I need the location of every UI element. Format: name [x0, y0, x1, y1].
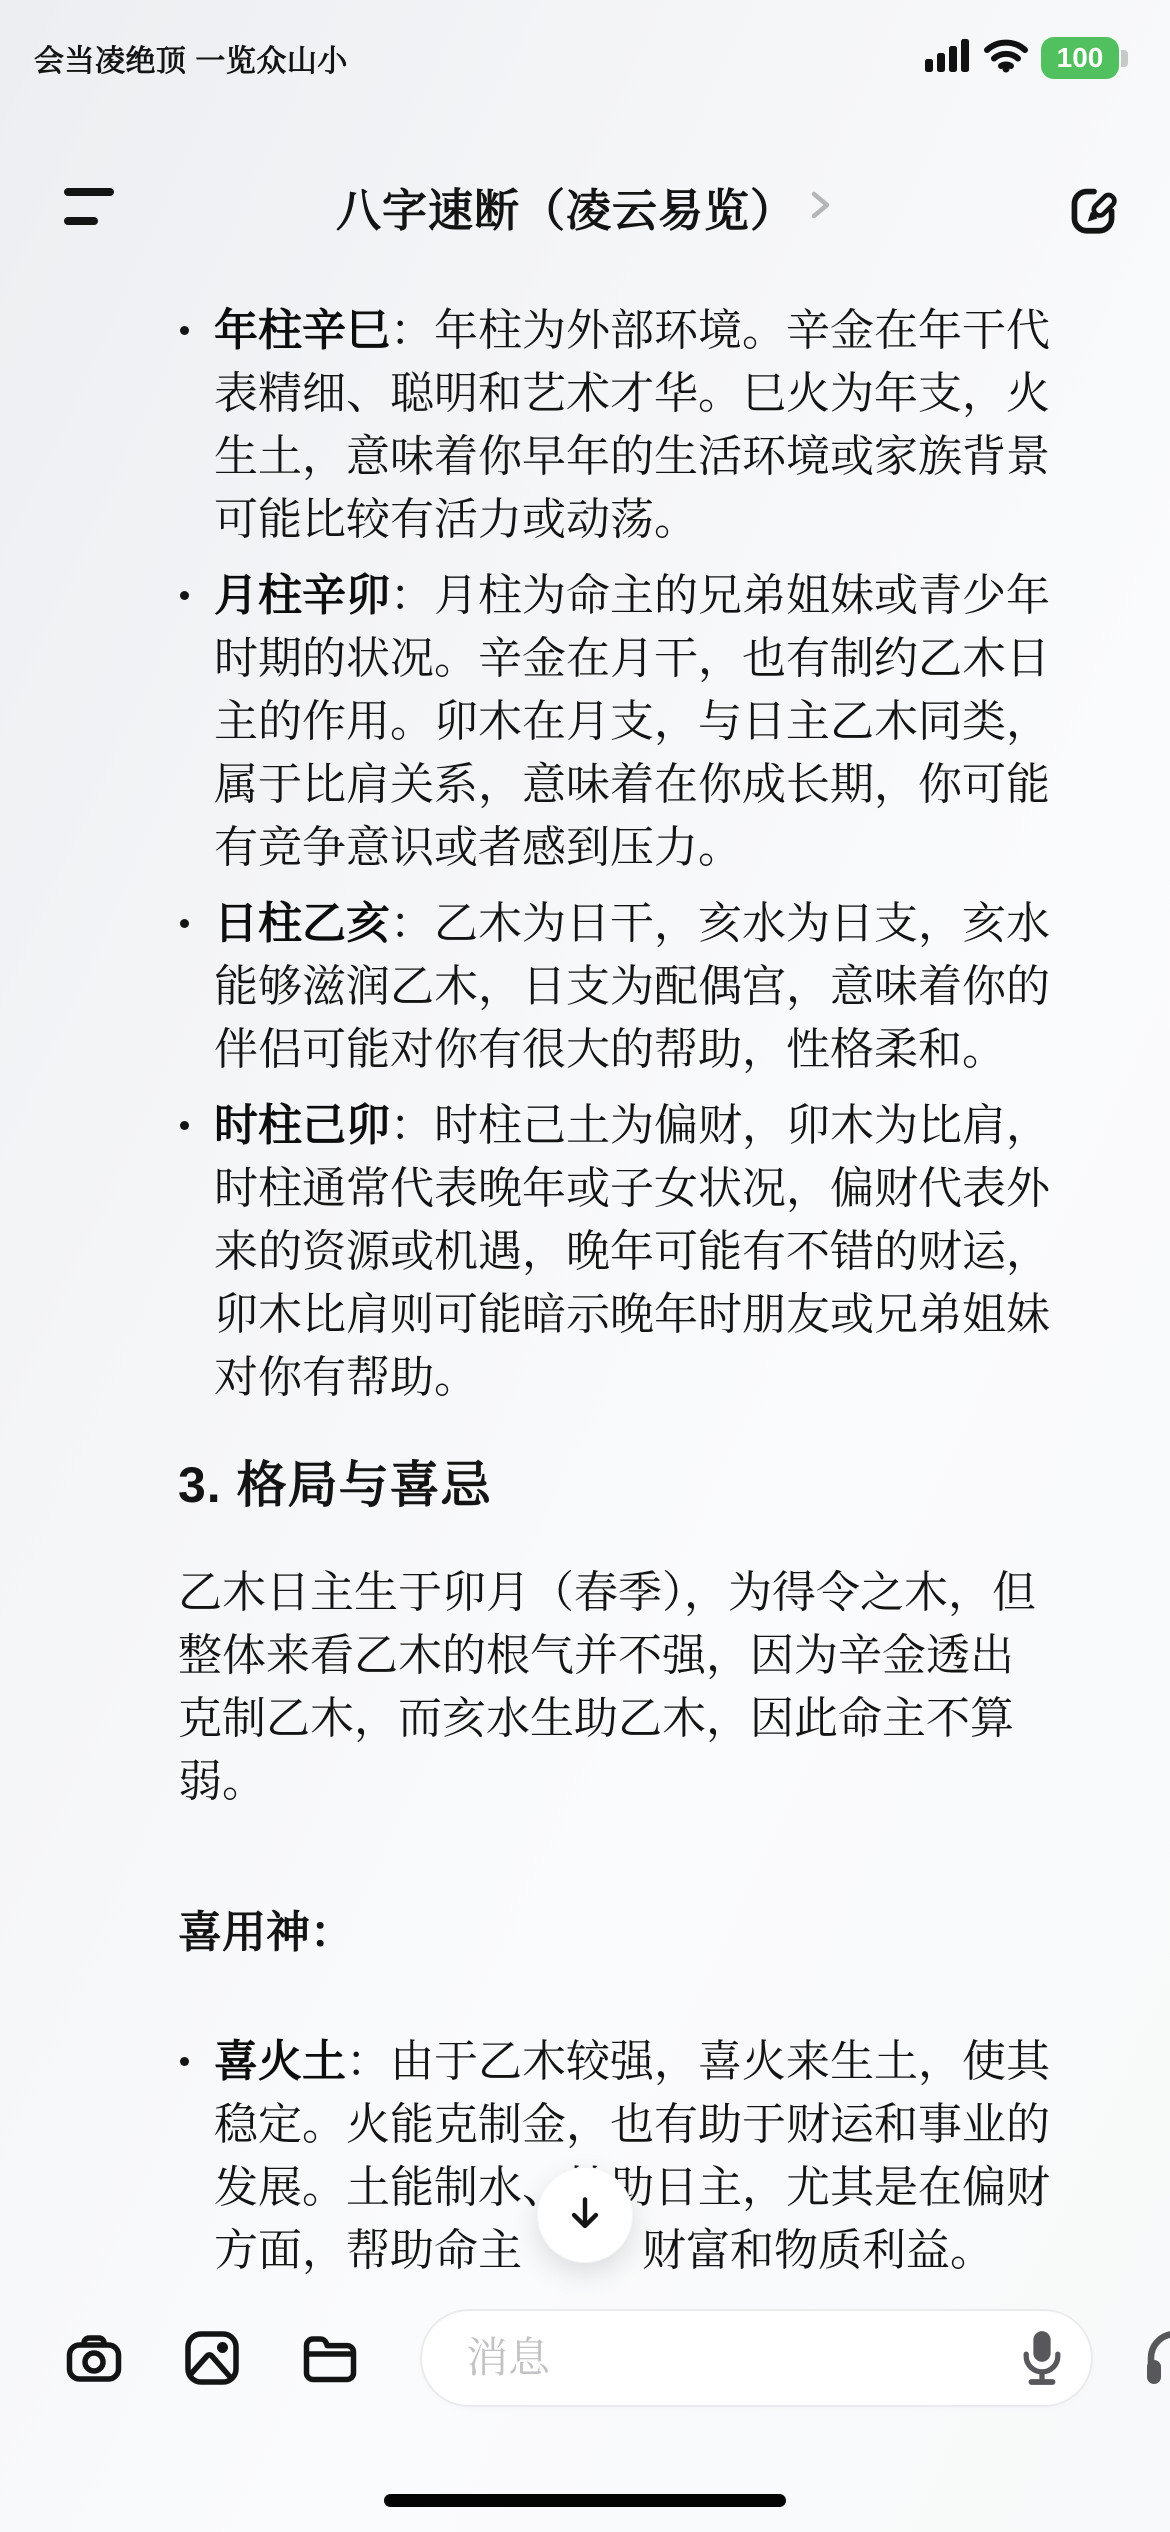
microphone-icon — [1019, 2377, 1065, 2392]
chat-title-button[interactable]: 八字速断（凌云易览） — [336, 174, 834, 239]
wifi-icon — [983, 39, 1029, 78]
arrow-down-icon — [560, 2189, 610, 2242]
chevron-right-icon — [808, 186, 834, 227]
bullet-dot — [180, 2057, 189, 2066]
voice-call-button[interactable] — [1143, 2329, 1170, 2387]
cellular-signal-icon — [925, 39, 971, 77]
new-chat-compose-icon — [1060, 227, 1126, 242]
list-item: 年柱辛巳：年柱为外部环境。辛金在年干代表精细、聪明和艺术才华。巳火为年支，火生土… — [214, 299, 1050, 551]
carrier-text: 会当凌绝顶 一览众山小 — [34, 36, 348, 80]
list-item: 日柱乙亥：乙木为日干，亥水为日支，亥水能够滋润乙木，日支为配偶宫，意味着你的伴侣… — [214, 892, 1050, 1081]
chat-title: 八字速断（凌云易览） — [336, 174, 796, 239]
home-indicator[interactable] — [384, 2494, 786, 2507]
bullet-label: 年柱辛巳 — [214, 306, 390, 355]
folder-icon — [302, 2371, 358, 2386]
folder-button[interactable] — [302, 2333, 358, 2383]
message-input[interactable] — [466, 2334, 1007, 2382]
battery-nub — [1121, 50, 1128, 67]
menu-bar-top — [64, 188, 114, 196]
menu-bar-bottom — [64, 217, 98, 225]
photos-icon — [184, 2374, 240, 2389]
bullet-text: 财富和物质利益。 — [642, 2226, 994, 2275]
assistant-message: 年柱辛巳：年柱为外部环境。辛金在年干代表精细、聪明和艺术才华。巳火为年支，火生土… — [178, 286, 1050, 2282]
scroll-to-bottom-button[interactable] — [537, 2167, 633, 2263]
message-input-field[interactable] — [420, 2309, 1093, 2407]
bullet-dot — [180, 919, 189, 928]
sidebar-menu-button[interactable] — [64, 176, 124, 236]
bullet-label: 时柱己卯 — [214, 1101, 390, 1150]
section-heading: 3. 格局与喜忌 — [178, 1455, 1050, 1515]
analysis-paragraph: 乙木日主生于卯月（春季），为得令之木，但整体来看乙木的根气并不强，因为辛金透出克… — [178, 1561, 1050, 1813]
bullet-dot — [180, 591, 189, 600]
subheading: 喜用神： — [178, 1901, 1050, 1964]
bullet-label: 日柱乙亥 — [214, 899, 390, 948]
camera-button[interactable] — [66, 2333, 122, 2383]
favorable-bullet-list: 喜火土：由于乙木较强，喜火来生土，使其稳定。火能克制金，也有助于财运和事业的发展… — [214, 2030, 1050, 2282]
chat-header: 八字速断（凌云易览） — [0, 150, 1170, 262]
battery-icon: 100 — [1041, 37, 1128, 79]
list-item: 时柱己卯：时柱己土为偏财，卯木为比肩，时柱通常代表晚年或子女状况，偏财代表外来的… — [214, 1094, 1050, 1409]
voice-input-button[interactable] — [1019, 2327, 1065, 2389]
battery-level: 100 — [1057, 42, 1104, 74]
bullet-dot — [180, 1121, 189, 1130]
input-toolbar — [0, 2306, 1170, 2410]
camera-icon — [66, 2371, 122, 2386]
bullet-label: 月柱辛卯 — [214, 571, 390, 620]
new-chat-compose-button[interactable] — [1060, 173, 1126, 239]
status-bar: 会当凌绝顶 一览众山小 100 — [0, 26, 1170, 90]
list-item: 月柱辛卯：月柱为命主的兄弟姐妹或青少年时期的状况。辛金在月干，也有制约乙木日主的… — [214, 564, 1050, 879]
list-item: 喜火土：由于乙木较强，喜火来生土，使其稳定。火能克制金，也有助于财运和事业的发展… — [214, 2030, 1050, 2282]
bullet-label: 喜火土 — [214, 2037, 346, 2086]
pillar-bullet-list: 年柱辛巳：年柱为外部环境。辛金在年干代表精细、聪明和艺术才华。巳火为年支，火生土… — [214, 299, 1050, 1409]
bullet-dot — [180, 326, 189, 335]
status-bar-indicators: 100 — [925, 37, 1128, 79]
photos-button[interactable] — [184, 2330, 240, 2386]
headphones-icon — [1143, 2375, 1170, 2390]
